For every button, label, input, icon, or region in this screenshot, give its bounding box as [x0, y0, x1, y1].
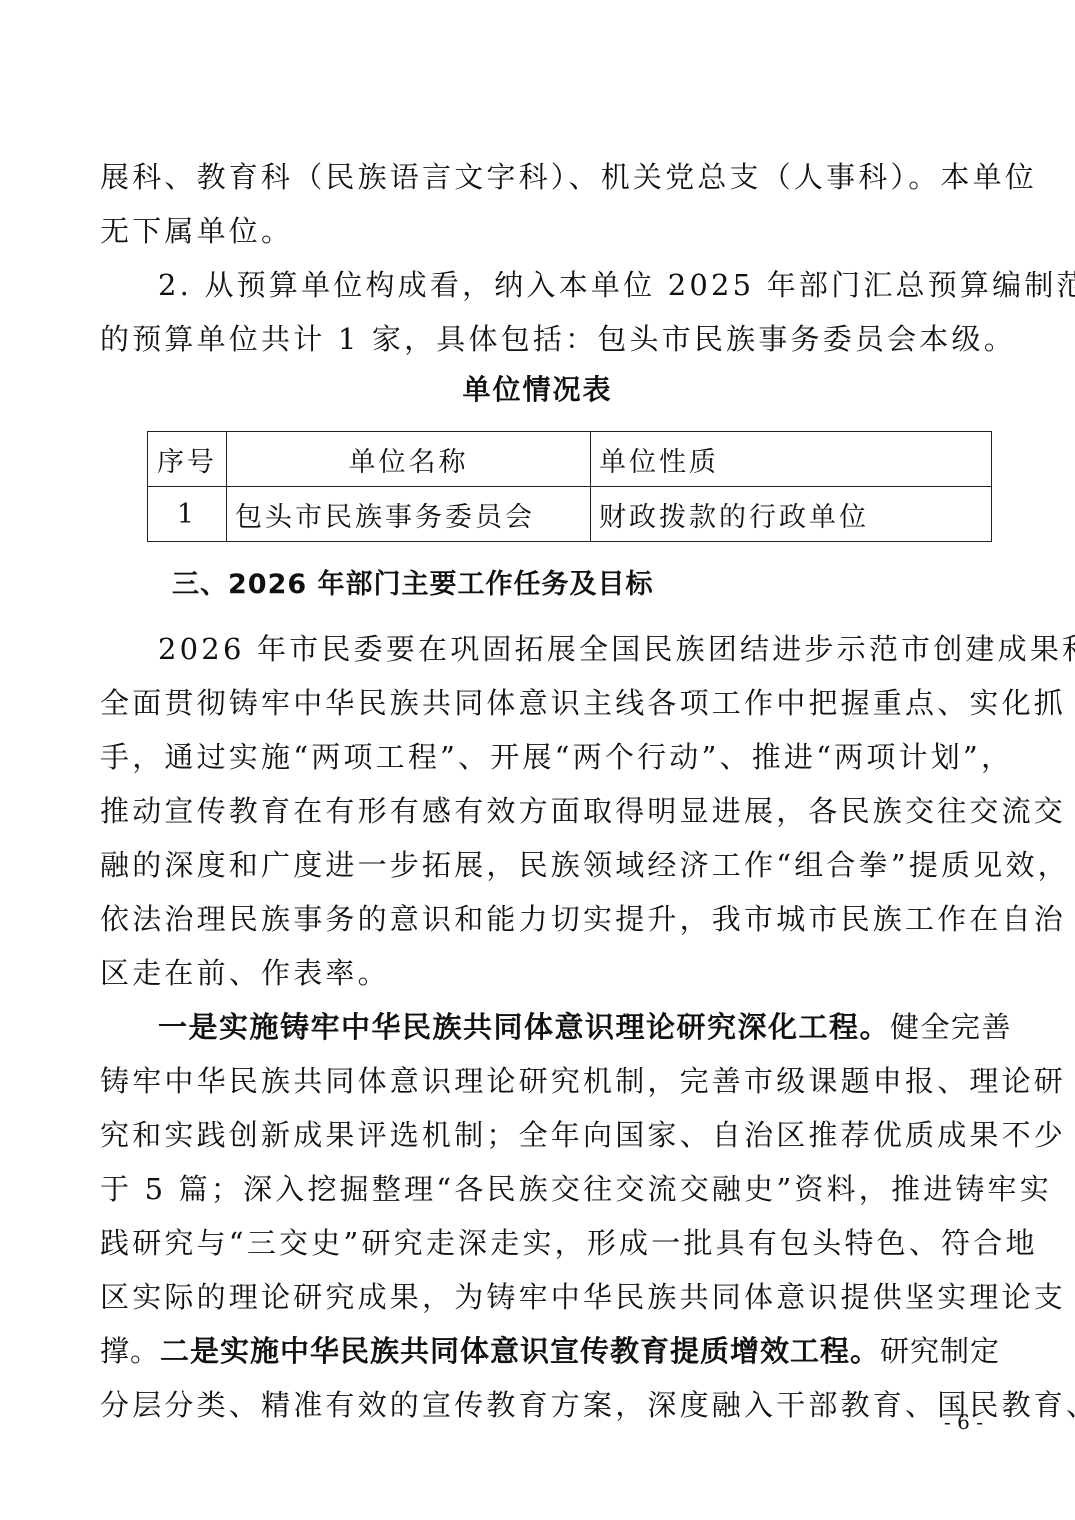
page-number: - 6 -	[944, 1410, 983, 1434]
text-run: 健全完善	[890, 1010, 1012, 1044]
unit-table: 序号 单位名称 单位性质 1 包头市民族事务委员会 财政拨款的行政单位	[147, 431, 992, 542]
section-heading: 三、2026 年部门主要工作任务及目标	[172, 562, 654, 601]
header-cell: 单位性质	[591, 432, 992, 487]
table-header-row: 序号 单位名称 单位性质	[148, 432, 992, 487]
paragraph-line: 的预算单位共计 1 家，具体包括：包头市民族事务委员会本级。	[100, 312, 978, 366]
paragraph-line: 践研究与“三交史”研究走深走实，形成一批具有包头特色、符合地	[100, 1216, 978, 1270]
paragraph-line: 于 5 篇；深入挖掘整理“各民族交往交流交融史”资料，推进铸牢实	[100, 1162, 978, 1216]
paragraph-line: 全面贯彻铸牢中华民族共同体意识主线各项工作中把握重点、实化抓	[100, 676, 978, 730]
paragraph-line: 展科、教育科（民族语言文字科）、机关党总支（人事科）。本单位	[100, 150, 978, 204]
paragraph-line: 铸牢中华民族共同体意识理论研究机制，完善市级课题申报、理论研	[100, 1054, 978, 1108]
paragraph-line: 区走在前、作表率。	[100, 946, 978, 1000]
bold-heading: 一是实施铸牢中华民族共同体意识理论研究深化工程。	[158, 1010, 890, 1044]
header-cell: 单位名称	[227, 432, 591, 487]
paragraph-line: 2. 从预算单位构成看，纳入本单位 2025 年部门汇总预算编制范围	[158, 258, 978, 312]
paragraph-line: 依法治理民族事务的意识和能力切实提升，我市城市民族工作在自治	[100, 892, 978, 946]
paragraph-line: 2026 年市民委要在巩固拓展全国民族团结进步示范市创建成果和	[158, 622, 978, 676]
table-cell: 包头市民族事务委员会	[227, 487, 591, 542]
paragraph-line: 融的深度和广度进一步拓展，民族领域经济工作“组合拳”提质见效，	[100, 838, 978, 892]
paragraph-line: 究和实践创新成果评选机制；全年向国家、自治区推荐优质成果不少	[100, 1108, 978, 1162]
paragraph-line: 手，通过实施“两项工程”、开展“两个行动”、推进“两项计划”，	[100, 730, 978, 784]
paragraph-line: 无下属单位。	[100, 204, 978, 258]
bold-heading: 二是实施中华民族共同体意识宣传教育提质增效工程。	[160, 1334, 880, 1368]
text-run: 研究制定	[880, 1334, 1000, 1368]
table-cell: 财政拨款的行政单位	[591, 487, 992, 542]
paragraph-line: 区实际的理论研究成果，为铸牢中华民族共同体意识提供坚实理论支	[100, 1270, 978, 1324]
paragraph-line: 一是实施铸牢中华民族共同体意识理论研究深化工程。健全完善	[158, 1000, 978, 1054]
paragraph-line: 推动宣传教育在有形有感有效方面取得明显进展，各民族交往交流交	[100, 784, 978, 838]
table-caption: 单位情况表	[0, 368, 1075, 408]
table-cell: 1	[148, 487, 227, 542]
table-row: 1 包头市民族事务委员会 财政拨款的行政单位	[148, 487, 992, 542]
paragraph-line: 分层分类、精准有效的宣传教育方案，深度融入干部教育、国民教育、	[100, 1378, 978, 1432]
header-cell: 序号	[148, 432, 227, 487]
text-run: 撑。	[100, 1334, 160, 1368]
paragraph-line: 撑。二是实施中华民族共同体意识宣传教育提质增效工程。研究制定	[100, 1324, 978, 1378]
